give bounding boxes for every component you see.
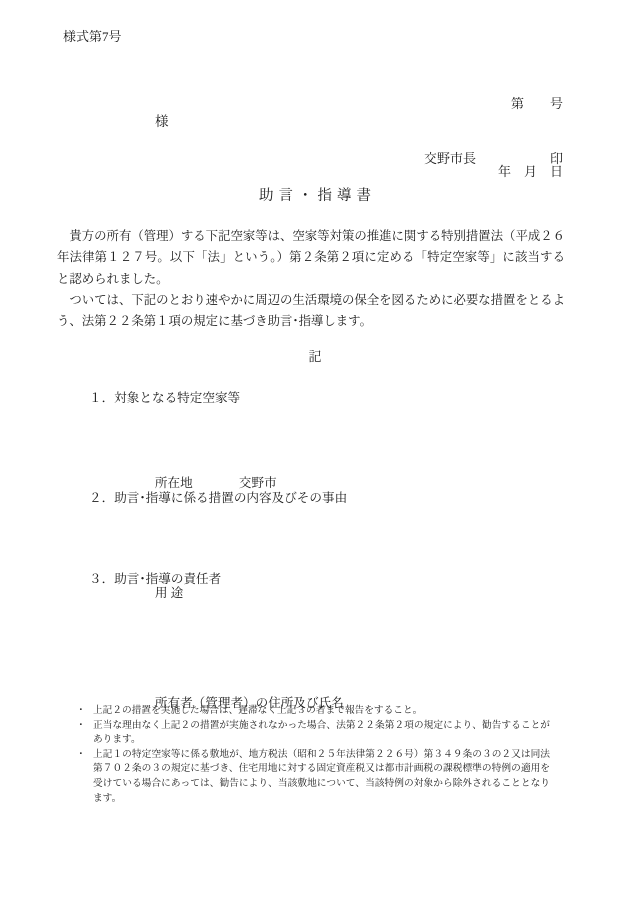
body-paragraph-2: ついては、下記のとおり速やかに周辺の生活環境の保全を図るために必要な措置をとるよ… bbox=[57, 290, 565, 333]
footnote-item: ・ 上記１の特定空家等に係る敷地が、地方税法（昭和２５年法律第２２６号）第３４９… bbox=[76, 748, 550, 806]
footnote-item: ・ 正当な理由なく上記２の措置が実施されなかった場合、法第２２条第２項の規定によ… bbox=[76, 719, 550, 748]
footnotes-list: ・ 上記２の措置を実施した場合は、遅滞なく上記３の者まで報告をすること。 ・ 正… bbox=[76, 704, 550, 806]
record-marker: 記 bbox=[0, 346, 630, 365]
footnote-text: 上記２の措置を実施した場合は、遅滞なく上記３の者まで報告をすること。 bbox=[93, 704, 550, 719]
body-text: 貴方の所有（管理）する下記空家等は、空家等対策の推進に関する特別措置法（平成２６… bbox=[57, 226, 565, 332]
field-row-location: 所在地交野市 bbox=[136, 450, 344, 516]
doc-number-line: 第 号 bbox=[498, 93, 563, 116]
document-title: 助言・指導書 bbox=[0, 184, 630, 205]
sender-name: 交野市長 bbox=[424, 148, 476, 167]
footnote-item: ・ 上記２の措置を実施した場合は、遅滞なく上記３の者まで報告をすること。 bbox=[76, 704, 550, 719]
section-1-heading: １．対象となる特定空家等 bbox=[89, 387, 240, 406]
document-page: 様式第7号 第 号 年 月 日 様 交野市長 印 助言・指導書 貴方の所有（管理… bbox=[0, 0, 630, 903]
bullet-icon: ・ bbox=[76, 704, 93, 719]
bullet-icon: ・ bbox=[76, 719, 93, 748]
bullet-icon: ・ bbox=[76, 748, 93, 806]
footnote-text: 正当な理由なく上記２の措置が実施されなかった場合、法第２２条第２項の規定により、… bbox=[93, 719, 550, 748]
sender-line: 交野市長 印 bbox=[424, 148, 563, 167]
body-paragraph-1: 貴方の所有（管理）する下記空家等は、空家等対策の推進に関する特別措置法（平成２６… bbox=[57, 226, 565, 290]
footnote-text: 上記１の特定空家等に係る敷地が、地方税法（昭和２５年法律第２２６号）第３４９条の… bbox=[93, 748, 550, 806]
seal-mark: 印 bbox=[550, 148, 563, 167]
form-number: 様式第7号 bbox=[63, 26, 122, 45]
section-2-heading: ２．助言･指導に係る措置の内容及びその事由 bbox=[89, 487, 347, 506]
addressee-honorific: 様 bbox=[155, 110, 169, 130]
section-3-heading: ３．助言･指導の責任者 bbox=[89, 568, 221, 587]
